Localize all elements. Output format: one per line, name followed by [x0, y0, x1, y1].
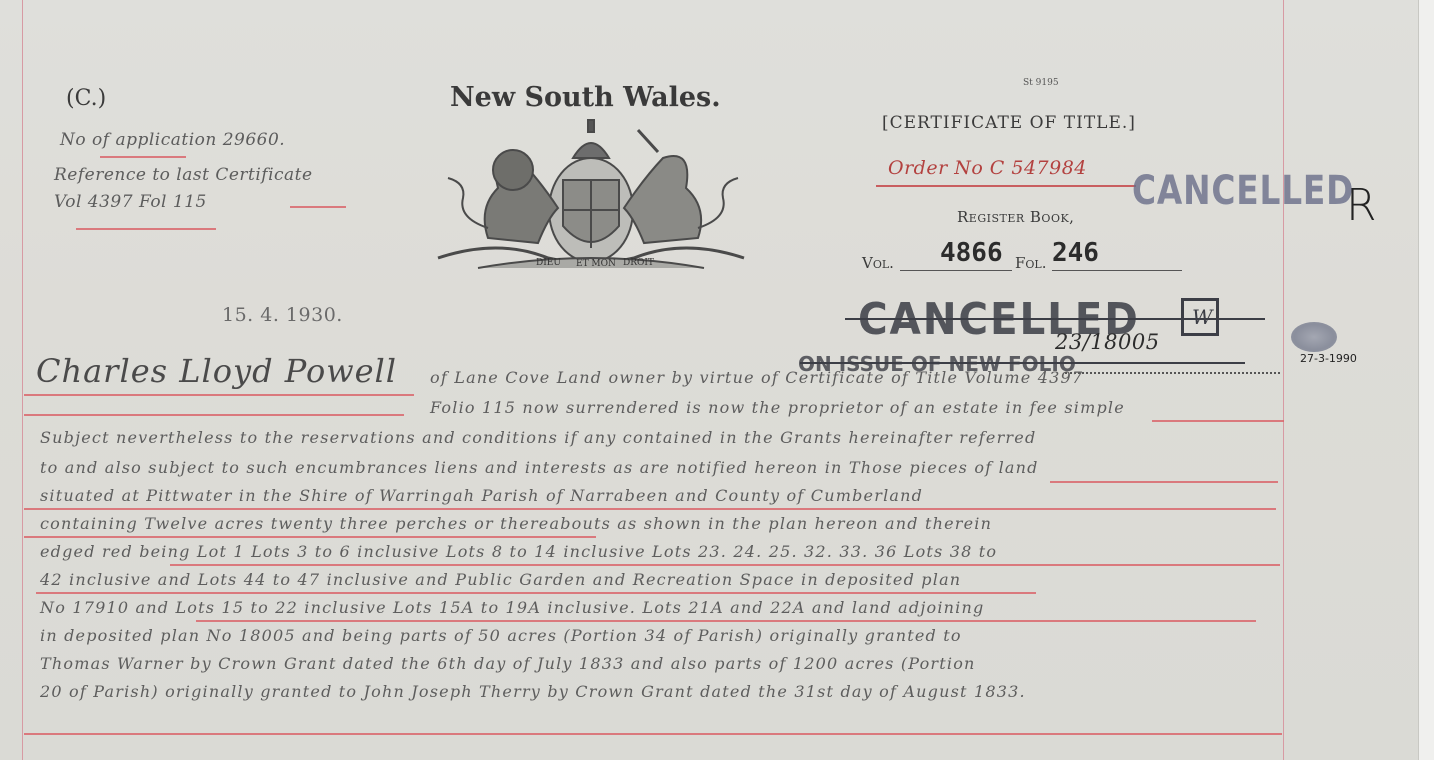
folio-number: 246	[1052, 238, 1099, 268]
print-code: St 9195	[1023, 78, 1059, 88]
page-edge	[1418, 0, 1434, 760]
body-line-1: of Lane Cove Land owner by virtue of Cer…	[430, 368, 1083, 387]
body-line-2: Folio 115 now surrendered is now the pro…	[430, 398, 1125, 417]
entry-date: 15. 4. 1930.	[222, 304, 343, 326]
body-line-12: 20 of Parish) originally granted to John…	[40, 682, 1026, 701]
body-line-11: Thomas Warner by Crown Grant dated the 6…	[40, 654, 976, 673]
underline	[1050, 481, 1278, 483]
strike-line	[800, 362, 1245, 364]
reference-label: Reference to last Certificate	[54, 165, 313, 185]
coat-of-arms-icon: DIEU ET MON DROIT	[418, 118, 764, 278]
underline	[170, 564, 1280, 566]
underline	[876, 185, 1136, 187]
underline	[24, 394, 414, 396]
fol-label: Fol.	[1015, 254, 1047, 272]
application-number: No of application 29660.	[60, 130, 285, 150]
body-line-10: in deposited plan No 18005 and being par…	[40, 626, 962, 645]
state-heading: New South Wales.	[450, 82, 721, 113]
vol-label: Vol.	[862, 254, 894, 272]
svg-text:DROIT: DROIT	[623, 258, 654, 268]
register-book-label: Register Book,	[957, 208, 1074, 226]
body-line-6: containing Twelve acres twenty three per…	[40, 514, 992, 533]
body-line-3: Subject nevertheless to the reservations…	[40, 428, 1036, 447]
underline	[24, 414, 404, 416]
certificate-title: [CERTIFICATE OF TITLE.]	[882, 113, 1136, 133]
body-line-9: No 17910 and Lots 15 to 22 inclusive Lot…	[40, 598, 984, 617]
fol-field-line	[1052, 270, 1182, 271]
form-code: (C.)	[66, 86, 106, 111]
underline	[76, 228, 216, 230]
underline	[196, 620, 1256, 622]
svg-text:DIEU: DIEU	[536, 258, 561, 268]
cancelled-stamp-top: CANCELLED	[1132, 168, 1354, 214]
underline	[24, 536, 596, 538]
underline	[100, 156, 186, 158]
closing-rule	[24, 733, 1282, 735]
royal-coat-of-arms: DIEU ET MON DROIT	[418, 118, 764, 278]
body-line-8: 42 inclusive and Lots 44 to 47 inclusive…	[40, 570, 961, 589]
right-margin-rule	[1283, 0, 1284, 760]
registry-seal-icon	[1291, 322, 1337, 352]
box-initial-w: W	[1192, 305, 1213, 329]
svg-text:ET MON: ET MON	[576, 259, 616, 269]
volume-number: 4866	[940, 238, 1003, 268]
vol-field-line	[900, 270, 1012, 271]
certificate-page: (C.) No of application 29660. Reference …	[0, 0, 1418, 760]
body-line-7: edged red being Lot 1 Lots 3 to 6 inclus…	[40, 542, 997, 561]
body-line-4: to and also subject to such encumbrances…	[40, 458, 1039, 477]
previous-volume-folio: Vol 4397 Fol 115	[54, 192, 207, 212]
left-margin-rule	[22, 0, 23, 760]
new-folio-reference: 23/18005	[1055, 330, 1160, 354]
cancelled-initial-r: R	[1346, 180, 1377, 231]
body-line-5: situated at Pittwater in the Shire of Wa…	[40, 486, 923, 505]
seal-date: 27-3-1990	[1300, 352, 1357, 365]
underline	[1152, 420, 1284, 422]
underline	[290, 206, 346, 208]
dotted-line	[1065, 372, 1280, 374]
order-number: Order No C 547984	[888, 157, 1087, 179]
proprietor-name: Charles Lloyd Powell	[36, 352, 397, 390]
initial-box: W	[1181, 298, 1219, 336]
underline	[24, 508, 1276, 510]
underline	[36, 592, 1036, 594]
